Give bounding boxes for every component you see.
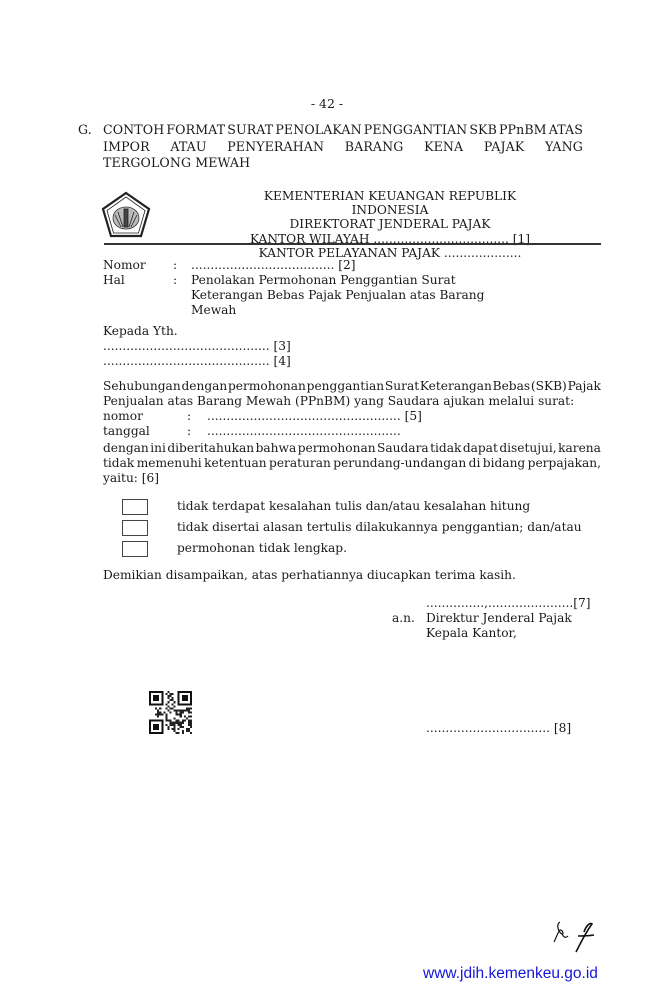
word: dengan xyxy=(181,379,227,394)
word: diberitahukan xyxy=(167,441,254,456)
heading-line-3: TERGOLONG MEWAH xyxy=(78,155,583,172)
kemenkeu-emblem-icon xyxy=(101,191,151,238)
para2-line-2: tidakmemenuhiketentuanperaturanperundang… xyxy=(103,456,601,471)
word: tidak xyxy=(430,441,461,456)
word: PPnBM xyxy=(499,122,547,139)
word: Keterangan xyxy=(420,379,492,394)
word: PENYERAHAN xyxy=(227,139,324,156)
section-letter: G. xyxy=(78,122,103,139)
word: Saudara xyxy=(377,441,429,456)
word: SKB xyxy=(469,122,497,139)
word: FORMAT xyxy=(166,122,225,139)
word: perundang-undangan xyxy=(333,456,466,471)
word: Pajak xyxy=(568,379,601,394)
section-heading: G. CONTOHFORMATSURATPENOLAKANPENGGANTIAN… xyxy=(78,122,583,172)
surat-nomor-label: nomor xyxy=(103,409,187,424)
word: Sehubungan xyxy=(103,379,181,394)
body-paragraph-1: SehubungandenganpermohonanpenggantianSur… xyxy=(103,379,601,439)
para2-line-1: denganinidiberitahukanbahwapermohonanSau… xyxy=(103,441,601,456)
word: bidang xyxy=(483,456,525,471)
page-number: - 42 - xyxy=(0,96,654,111)
word: perpajakan, xyxy=(528,456,601,471)
reason-label: tidak terdapat kesalahan tulis dan/atau … xyxy=(177,499,530,514)
hal-line: Penolakan Permohonan Penggantian Surat xyxy=(191,273,484,288)
hal-line: Mewah xyxy=(191,303,484,318)
colon: : xyxy=(173,273,191,318)
initials-signature-icon xyxy=(550,918,600,954)
word: peraturan xyxy=(269,456,331,471)
word: ATAS xyxy=(549,122,583,139)
word: disetujui, xyxy=(499,441,556,456)
word: permohonan xyxy=(228,379,306,394)
reason-checkbox[interactable] xyxy=(122,520,148,536)
word: tidak xyxy=(103,456,134,471)
signatory-title-1: Direktur Jenderal Pajak xyxy=(426,611,572,626)
colon: : xyxy=(187,409,207,424)
word: memenuhi xyxy=(137,456,202,471)
letterhead-divider xyxy=(104,243,601,245)
reason-checkbox[interactable] xyxy=(122,541,148,557)
word: dapat xyxy=(463,441,498,456)
reason-label: tidak disertai alasan tertulis dilakukan… xyxy=(177,520,582,535)
heading-line-1: CONTOHFORMATSURATPENOLAKANPENGGANTIANSKB… xyxy=(103,122,583,139)
surat-tanggal-value: ........................................… xyxy=(207,424,401,439)
word: KENA xyxy=(424,139,463,156)
word: ini xyxy=(150,441,166,456)
reason-label: permohonan tidak lengkap. xyxy=(177,541,347,556)
word: CONTOH xyxy=(103,122,164,139)
word: karena xyxy=(558,441,601,456)
word: SURAT xyxy=(227,122,273,139)
word: PENGGANTIAN xyxy=(364,122,468,139)
nomor-value: ..................................... [2… xyxy=(191,258,355,273)
word: permohonan xyxy=(298,441,376,456)
reason-item: tidak disertai alasan tertulis dilakukan… xyxy=(122,517,582,538)
signatory-title-2: Kepala Kantor, xyxy=(426,626,517,641)
nomor-label: Nomor xyxy=(103,258,173,273)
recipient-line-1: ........................................… xyxy=(103,339,291,354)
para1-line-2: Penjualan atas Barang Mewah (PPnBM) yang… xyxy=(103,394,601,409)
word: dengan xyxy=(103,441,149,456)
word: bahwa xyxy=(256,441,297,456)
colon: : xyxy=(187,424,207,439)
reasons-checklist: tidak terdapat kesalahan tulis dan/atau … xyxy=(122,496,582,559)
salutation: Kepada Yth. xyxy=(103,324,291,339)
surat-nomor-value: ........................................… xyxy=(207,409,422,424)
qr-code-icon xyxy=(149,691,192,734)
letterhead-text: KEMENTERIAN KEUANGAN REPUBLIK INDONESIA … xyxy=(225,189,555,260)
reason-item: permohonan tidak lengkap. xyxy=(122,538,582,559)
para2-line-3: yaitu: [6] xyxy=(103,471,601,486)
word: Bebas xyxy=(493,379,531,394)
word: YANG xyxy=(545,139,583,156)
an-label: a.n. xyxy=(392,611,415,626)
word: IMPOR xyxy=(103,139,150,156)
hal-value: Penolakan Permohonan Penggantian Surat K… xyxy=(191,273,484,318)
hal-line: Keterangan Bebas Pajak Penjualan atas Ba… xyxy=(191,288,484,303)
surat-tanggal-label: tanggal xyxy=(103,424,187,439)
word: ATAU xyxy=(170,139,206,156)
recipient-block: Kepada Yth. ............................… xyxy=(103,324,291,369)
letterhead-ministry: KEMENTERIAN KEUANGAN REPUBLIK INDONESIA xyxy=(225,189,555,217)
para1-line-1: SehubungandenganpermohonanpenggantianSur… xyxy=(103,379,601,394)
jdih-url-link[interactable]: www.jdih.kemenkeu.go.id xyxy=(423,965,598,983)
word: ketentuan xyxy=(204,456,266,471)
place-date: ...............,......................[7… xyxy=(426,596,590,611)
closing-sentence: Demikian disampaikan, atas perhatiannya … xyxy=(103,568,516,583)
word: penggantian xyxy=(307,379,385,394)
word: (SKB) xyxy=(531,379,567,394)
word: PENOLAKAN xyxy=(275,122,361,139)
reason-item: tidak terdapat kesalahan tulis dan/atau … xyxy=(122,496,582,517)
colon: : xyxy=(173,258,191,273)
reason-checkbox[interactable] xyxy=(122,499,148,515)
letter-meta: Nomor : ................................… xyxy=(103,258,484,318)
hal-label: Hal xyxy=(103,273,173,318)
word: di xyxy=(469,456,481,471)
recipient-line-2: ........................................… xyxy=(103,354,291,369)
signatory-name: ................................ [8] xyxy=(426,721,571,736)
word: BARANG xyxy=(345,139,404,156)
word: PAJAK xyxy=(484,139,524,156)
heading-line-2: IMPORATAUPENYERAHANBARANGKENAPAJAKYANG xyxy=(78,139,583,156)
body-paragraph-2: denganinidiberitahukanbahwapermohonanSau… xyxy=(103,441,601,486)
letterhead-directorate: DIREKTORAT JENDERAL PAJAK xyxy=(225,217,555,231)
word: Surat xyxy=(385,379,419,394)
